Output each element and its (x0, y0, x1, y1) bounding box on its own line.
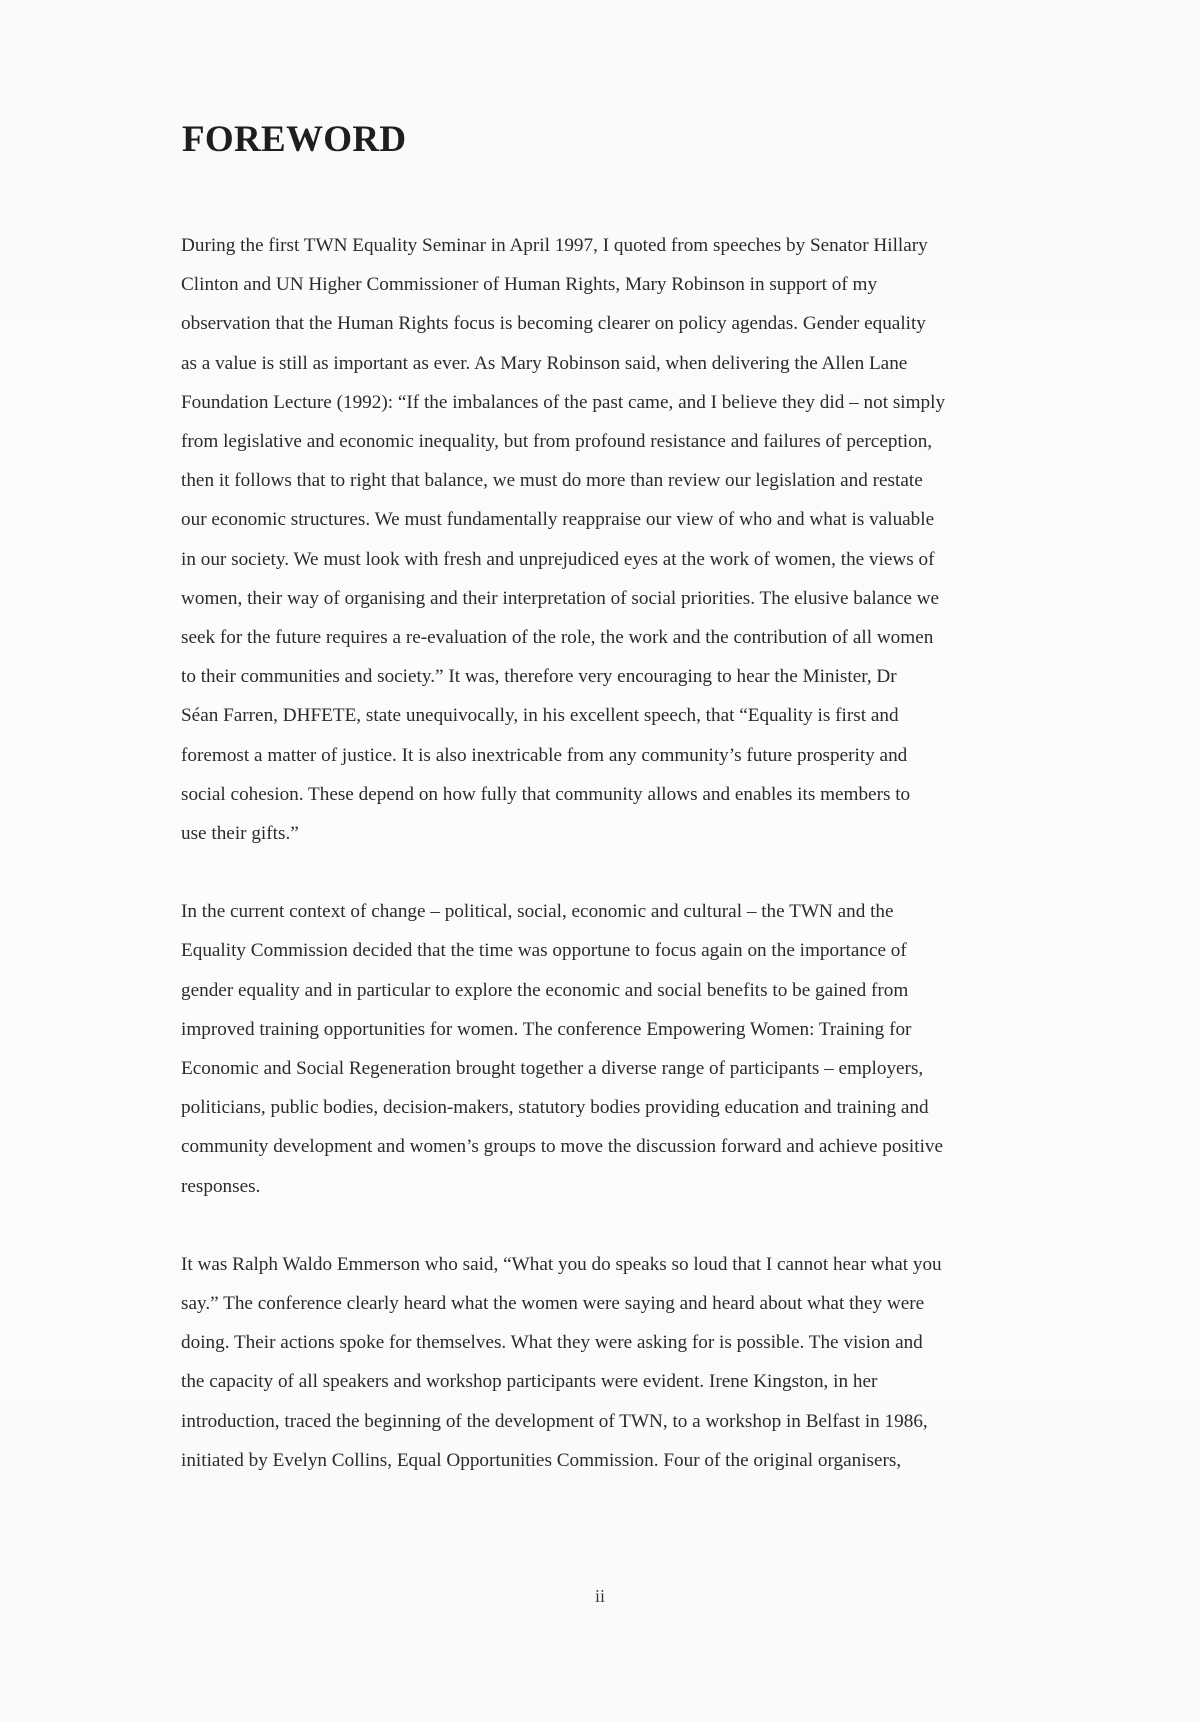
paragraph-3: It was Ralph Waldo Emmerson who said, “W… (181, 1245, 1094, 1480)
text-line: improved training opportunities for wome… (181, 1010, 1094, 1049)
text-line: from legislative and economic inequality… (181, 422, 1094, 461)
text-line: to their communities and society.” It wa… (181, 657, 1094, 696)
page-number: ii (0, 1586, 1200, 1607)
text-line: It was Ralph Waldo Emmerson who said, “W… (181, 1245, 1094, 1284)
text-line: foremost a matter of justice. It is also… (181, 736, 1094, 775)
text-line: Foundation Lecture (1992): “If the imbal… (181, 383, 1094, 422)
text-line: women, their way of organising and their… (181, 579, 1094, 618)
text-line: in our society. We must look with fresh … (181, 540, 1094, 579)
bleed-through-text (290, 18, 302, 65)
text-line: In the current context of change – polit… (181, 892, 1094, 931)
text-line: politicians, public bodies, decision-mak… (181, 1088, 1094, 1127)
text-line: our economic structures. We must fundame… (181, 500, 1094, 539)
text-line: as a value is still as important as ever… (181, 344, 1094, 383)
foreword-body: During the first TWN Equality Seminar in… (181, 226, 1094, 1480)
text-line: social cohesion. These depend on how ful… (181, 775, 1094, 814)
text-line: During the first TWN Equality Seminar in… (181, 226, 1094, 265)
text-line: responses. (181, 1167, 1094, 1206)
text-line: Séan Farren, DHFETE, state unequivocally… (181, 696, 1094, 735)
document-page: FOREWORD During the first TWN Equality S… (0, 0, 1200, 1722)
text-line: use their gifts.” (181, 814, 1094, 853)
text-line: doing. Their actions spoke for themselve… (181, 1323, 1094, 1362)
text-line: then it follows that to right that balan… (181, 461, 1094, 500)
text-line: the capacity of all speakers and worksho… (181, 1362, 1094, 1401)
text-line: seek for the future requires a re-evalua… (181, 618, 1094, 657)
text-line: gender equality and in particular to exp… (181, 971, 1094, 1010)
paragraph-1: During the first TWN Equality Seminar in… (181, 226, 1094, 853)
text-line: Equality Commission decided that the tim… (181, 931, 1094, 970)
page-title: FOREWORD (182, 118, 406, 161)
text-line: say.” The conference clearly heard what … (181, 1284, 1094, 1323)
text-line: Clinton and UN Higher Commissioner of Hu… (181, 265, 1094, 304)
text-line: community development and women’s groups… (181, 1127, 1094, 1166)
text-line: introduction, traced the beginning of th… (181, 1402, 1094, 1441)
paragraph-2: In the current context of change – polit… (181, 892, 1094, 1206)
text-line: initiated by Evelyn Collins, Equal Oppor… (181, 1441, 1094, 1480)
text-line: observation that the Human Rights focus … (181, 304, 1094, 343)
text-line: Economic and Social Regeneration brought… (181, 1049, 1094, 1088)
